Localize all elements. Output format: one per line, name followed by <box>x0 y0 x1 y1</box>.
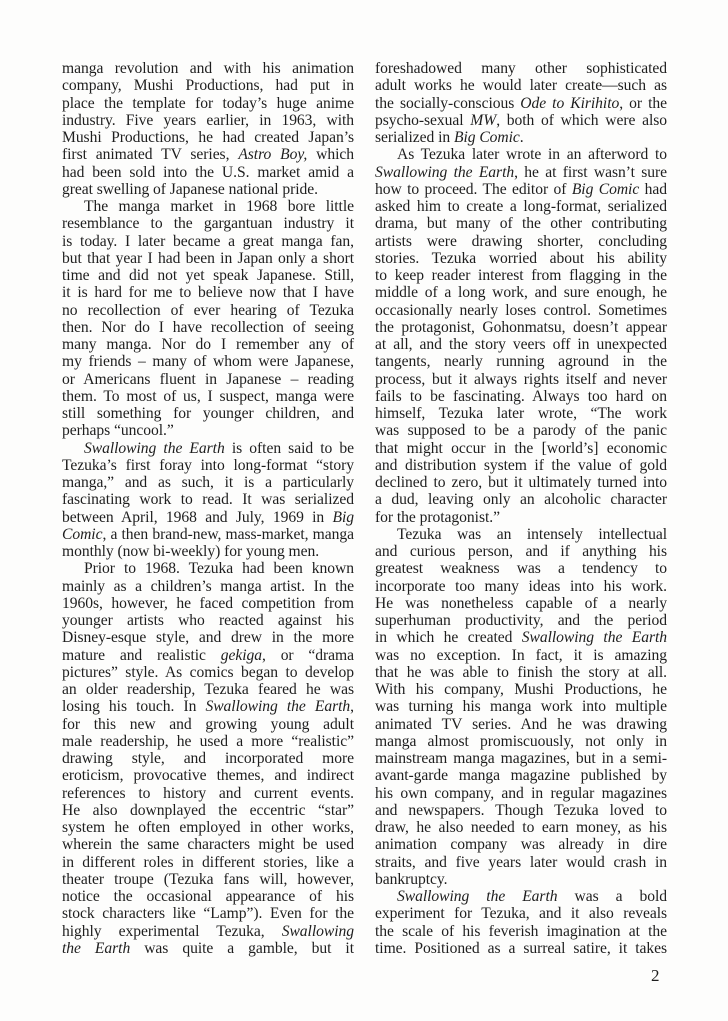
text-line: animated TV series. And he was drawing <box>375 716 667 733</box>
text-line-content: that might occur in the [world’s] econom… <box>375 440 667 457</box>
text-line: With his company, Mushi Productions, he <box>375 681 667 698</box>
text-line-content: animated TV series. And he was drawing <box>375 716 667 733</box>
text-line: was no exception. In fact, it is amazing <box>375 647 667 664</box>
text-line-content: Swallowing the Earth was a bold <box>397 888 667 905</box>
text-line-content: stock characters like “Lamp”). Even for … <box>62 905 354 922</box>
text-line: monthly (now bi-weekly) for young men. <box>62 543 354 560</box>
text-line: a dud, leaving only an alcoholic charact… <box>375 491 667 508</box>
text-line-content: tangents, nearly running aground in the <box>375 353 667 370</box>
text-line-content: Tezuka was an intensely intellectual <box>397 526 667 543</box>
text-line-content: mature and realistic gekiga, or “drama <box>62 647 354 664</box>
text-segment: highly experimental Tezuka, <box>62 923 282 940</box>
text-line-content: manga revolution and with his animation <box>62 60 354 77</box>
text-line-content: the scale of his feverish imagination at… <box>375 923 667 940</box>
text-segment: in which he created <box>375 629 522 646</box>
text-line-content: in which he created Swallowing the Earth <box>375 629 667 646</box>
text-line-content: but that year I had been in Japan only a… <box>62 250 354 267</box>
text-line-content: monthly (now bi-weekly) for young men. <box>62 543 354 560</box>
text-line-content: between April, 1968 and July, 1969 in Bi… <box>62 509 354 526</box>
text-segment: serialized in <box>375 129 454 146</box>
italic-title: Astro Boy, <box>238 146 307 163</box>
text-line-content: many manga. Nor do I remember any of <box>62 336 354 353</box>
text-line: The manga market in 1968 bore little <box>62 198 354 215</box>
text-line: Comic, a then brand-new, mass-market, ma… <box>62 526 354 543</box>
text-line: them. To most of us, I suspect, manga we… <box>62 388 354 405</box>
text-line: the socially-conscious Ode to Kirihito, … <box>375 95 667 112</box>
text-line-content: still something for younger children, an… <box>62 405 354 422</box>
text-line: an older readership, Tezuka feared he wa… <box>62 681 354 698</box>
text-line: great swelling of Japanese national prid… <box>62 181 354 198</box>
text-line: straits, and five years later would cras… <box>375 854 667 871</box>
text-line: then. Nor do I have recollection of seei… <box>62 319 354 336</box>
text-line-content: middle of a long work, and sure enough, … <box>375 284 667 301</box>
text-line-content: was supposed to be a parody of the panic <box>375 422 667 439</box>
text-line-content: the protagonist, Gohonmatsu, doesn’t app… <box>375 319 667 336</box>
text-line: eroticism, provocative themes, and indir… <box>62 767 354 784</box>
text-line: fascinating work to read. It was seriali… <box>62 491 354 508</box>
text-line-content: industry. Five years earlier, in 1963, w… <box>62 112 354 129</box>
text-line-content: With his company, Mushi Productions, he <box>375 681 667 698</box>
text-line-content: a dud, leaving only an alcoholic charact… <box>375 491 667 508</box>
text-line: stories. Tezuka worried about his abilit… <box>375 250 667 267</box>
text-line-content: Disney-esque style, and drew in the more <box>62 629 354 646</box>
text-line: adult works he would later create—such a… <box>375 77 667 94</box>
text-line-content: or Americans fluent in Japanese – readin… <box>62 371 354 388</box>
text-line: mainly as a children’s manga artist. In … <box>62 578 354 595</box>
text-line: theater troupe (Tezuka fans will, howeve… <box>62 871 354 888</box>
text-line-content: to keep reader interest from flagging in… <box>375 267 667 284</box>
text-line: was supposed to be a parody of the panic <box>375 422 667 439</box>
text-line: As Tezuka later wrote in an afterword to <box>375 146 667 163</box>
italic-title: Swallowing the Earth <box>397 888 557 905</box>
text-line: and curious person, and if anything his <box>375 543 667 560</box>
text-line: system he often employed in other works, <box>62 819 354 836</box>
italic-title: Swallowing the Earth <box>84 440 225 457</box>
text-line: avant-garde manga magazine published by <box>375 767 667 784</box>
text-segment: was a bold <box>557 888 667 905</box>
text-line: drawing style, and incorporated more <box>62 750 354 767</box>
text-line: Tezuka was an intensely intellectual <box>375 526 667 543</box>
text-line-content: Swallowing the Earth is often said to be <box>84 440 354 457</box>
text-line: how to proceed. The editor of Big Comic … <box>375 181 667 198</box>
text-line: the Earth was quite a gamble, but it <box>62 940 354 957</box>
text-line-content: company, Mushi Productions, had put in <box>62 77 354 94</box>
text-line: mainstream manga magazines, but in a sem… <box>375 750 667 767</box>
text-line-content: then. Nor do I have recollection of seei… <box>62 319 354 336</box>
text-line: fails to be fascinating. Always too hard… <box>375 388 667 405</box>
text-line: psycho-sexual MW, both of which were als… <box>375 112 667 129</box>
text-line: declined to zero, but it ultimately turn… <box>375 474 667 491</box>
text-line-content: Comic, a then brand-new, mass-market, ma… <box>62 526 354 543</box>
text-line: at all, and the story veers off in unexp… <box>375 336 667 353</box>
text-line: or Americans fluent in Japanese – readin… <box>62 371 354 388</box>
text-line-content: incorporate too many ideas into his work… <box>375 578 667 595</box>
text-line: was turning his manga work into multiple <box>375 698 667 715</box>
text-column-left: manga revolution and with his animationc… <box>62 60 354 957</box>
text-segment: which <box>307 146 354 163</box>
text-line: the protagonist, Gohonmatsu, doesn’t app… <box>375 319 667 336</box>
text-segment: . <box>520 129 524 146</box>
text-line: time. Positioned as a surreal satire, it… <box>375 940 667 957</box>
text-line: in different roles in different stories,… <box>62 854 354 871</box>
text-line-content: them. To most of us, I suspect, manga we… <box>62 388 354 405</box>
text-line: drama, but many of the other contributin… <box>375 215 667 232</box>
text-segment: how to proceed. The editor of <box>375 181 572 198</box>
text-line-content: draw, he also needed to earn money, as h… <box>375 819 667 836</box>
text-line-content: He was nonetheless capable of a nearly <box>375 595 667 612</box>
text-line-content: how to proceed. The editor of Big Comic … <box>375 181 667 198</box>
text-line-content: foreshadowed many other sophisticated <box>375 60 667 77</box>
text-line: asked him to create a long-format, seria… <box>375 198 667 215</box>
text-line-content: resemblance to the gargantuan industry i… <box>62 215 354 232</box>
text-line: animation company was already in dire <box>375 836 667 853</box>
text-line-content: first animated TV series, Astro Boy, whi… <box>62 146 354 163</box>
text-line-content: was no exception. In fact, it is amazing <box>375 647 667 664</box>
text-line-content: himself, Tezuka later wrote, “The work <box>375 405 667 422</box>
italic-title: Comic <box>62 526 102 543</box>
text-line-content: and curious person, and if anything his <box>375 543 667 560</box>
text-line-content: adult works he would later create—such a… <box>375 77 667 94</box>
text-line: losing his touch. In Swallowing the Eart… <box>62 698 354 715</box>
text-segment: had <box>639 181 667 198</box>
text-line-content: Prior to 1968. Tezuka had been known <box>84 560 354 577</box>
text-line: male readership, he used a more “realist… <box>62 733 354 750</box>
text-line: Swallowing the Earth was a bold <box>375 888 667 905</box>
text-line-content: and newspapers. Though Tezuka loved to <box>375 802 667 819</box>
text-segment: mature and realistic <box>62 647 221 664</box>
text-line-content: animation company was already in dire <box>375 836 667 853</box>
text-line: serialized in Big Comic. <box>375 129 667 146</box>
text-line: foreshadowed many other sophisticated <box>375 60 667 77</box>
text-line-content: losing his touch. In Swallowing the Eart… <box>62 698 354 715</box>
text-line: that might occur in the [world’s] econom… <box>375 440 667 457</box>
text-line-content: artists were drawing shorter, concluding <box>375 233 667 250</box>
text-line: company, Mushi Productions, had put in <box>62 77 354 94</box>
text-line: greatest weakness was a tendency to <box>375 560 667 577</box>
text-segment: , a then brand-new, mass-market, manga <box>102 526 354 543</box>
text-column-right: foreshadowed many other sophisticatedadu… <box>375 60 667 957</box>
text-segment: first animated TV series, <box>62 146 238 163</box>
text-line: had been sold into the U.S. market amid … <box>62 164 354 181</box>
text-line-content: my friends – many of whom were Japanese, <box>62 353 354 370</box>
text-line: the scale of his feverish imagination at… <box>375 923 667 940</box>
text-segment: is often said to be <box>225 440 354 457</box>
text-line-content: 1960s, however, he faced competition fro… <box>62 595 354 612</box>
text-line-content: for this new and growing young adult <box>62 716 354 733</box>
text-line: wherein the same characters might be use… <box>62 836 354 853</box>
text-segment: , both of which were also <box>496 112 667 129</box>
text-line: manga almost promiscuously, not only in <box>375 733 667 750</box>
text-line-content: declined to zero, but it ultimately turn… <box>375 474 667 491</box>
italic-title: Swallowing the Earth <box>205 698 350 715</box>
text-line: artists were drawing shorter, concluding <box>375 233 667 250</box>
text-line: draw, he also needed to earn money, as h… <box>375 819 667 836</box>
text-line-content: references to history and current events… <box>62 785 354 802</box>
text-line: for this new and growing young adult <box>62 716 354 733</box>
text-line-content: highly experimental Tezuka, Swallowing <box>62 923 354 940</box>
text-line-content: occasionally nearly loses control. Somet… <box>375 302 667 319</box>
text-line: perhaps “uncool.” <box>62 422 354 439</box>
text-line-content: in different roles in different stories,… <box>62 854 354 871</box>
text-line-content: psycho-sexual MW, both of which were als… <box>375 112 667 129</box>
text-line: superhuman productivity, and the period <box>375 612 667 629</box>
text-line: is today. I later became a great manga f… <box>62 233 354 250</box>
text-line: manga,” and as such, it is a particularl… <box>62 474 354 491</box>
text-line: his own company, and in regular magazine… <box>375 785 667 802</box>
text-line-content: The manga market in 1968 bore little <box>84 198 354 215</box>
text-line-content: As Tezuka later wrote in an afterword to <box>397 146 667 163</box>
text-line: He also downplayed the eccentric “star” <box>62 802 354 819</box>
text-line-content: Swallowing the Earth, he at first wasn’t… <box>375 164 667 181</box>
text-line: but that year I had been in Japan only a… <box>62 250 354 267</box>
text-line-content: straits, and five years later would cras… <box>375 854 667 871</box>
text-line: Tezuka’s first foray into long-format “s… <box>62 457 354 474</box>
text-line: 1960s, however, he faced competition fro… <box>62 595 354 612</box>
text-line-content: the socially-conscious Ode to Kirihito, … <box>375 95 667 112</box>
text-segment: , <box>350 698 354 715</box>
italic-title: Big Comic <box>572 181 639 198</box>
italic-title: Swallowing the Earth <box>522 629 667 646</box>
text-line: incorporate too many ideas into his work… <box>375 578 667 595</box>
text-line-content: that he was able to finish the story at … <box>375 664 667 681</box>
text-segment: the socially-conscious <box>375 95 520 112</box>
text-line-content: drama, but many of the other contributin… <box>375 215 667 232</box>
text-line-content: perhaps “uncool.” <box>62 422 354 439</box>
text-line: notice the occasional appearance of his <box>62 888 354 905</box>
text-line-content: was turning his manga work into multiple <box>375 698 667 715</box>
italic-title: Big <box>332 509 354 526</box>
text-line: He was nonetheless capable of a nearly <box>375 595 667 612</box>
text-segment: psycho-sexual <box>375 112 470 129</box>
text-line: himself, Tezuka later wrote, “The work <box>375 405 667 422</box>
text-line: place the template for today’s huge anim… <box>62 95 354 112</box>
text-line: my friends – many of whom were Japanese, <box>62 353 354 370</box>
text-line-content: theater troupe (Tezuka fans will, howeve… <box>62 871 354 888</box>
text-line-content: eroticism, provocative themes, and indir… <box>62 767 354 784</box>
text-line: tangents, nearly running aground in the <box>375 353 667 370</box>
text-line-content: at all, and the story veers off in unexp… <box>375 336 667 353</box>
text-line-content: fascinating work to read. It was seriali… <box>62 491 354 508</box>
text-line-content: manga almost promiscuously, not only in <box>375 733 667 750</box>
text-line-content: time and did not yet speak Japanese. Sti… <box>62 267 354 284</box>
text-line-content: He also downplayed the eccentric “star” <box>62 802 354 819</box>
text-line-content: no recollection of ever hearing of Tezuk… <box>62 302 354 319</box>
italic-title: Big Comic <box>454 129 520 146</box>
text-line: mature and realistic gekiga, or “drama <box>62 647 354 664</box>
text-line: highly experimental Tezuka, Swallowing <box>62 923 354 940</box>
text-segment: , he at first wasn’t sure <box>514 164 667 181</box>
text-line-content: pictures” style. As comics began to deve… <box>62 664 354 681</box>
text-line: middle of a long work, and sure enough, … <box>375 284 667 301</box>
text-line: in which he created Swallowing the Earth <box>375 629 667 646</box>
text-line-content: male readership, he used a more “realist… <box>62 733 354 750</box>
text-line: manga revolution and with his animation <box>62 60 354 77</box>
text-line-content: younger artists who reacted against his <box>62 612 354 629</box>
text-segment: , or the <box>619 95 667 112</box>
text-line: no recollection of ever hearing of Tezuk… <box>62 302 354 319</box>
italic-title: MW <box>470 112 496 129</box>
text-line: Disney-esque style, and drew in the more <box>62 629 354 646</box>
text-line-content: greatest weakness was a tendency to <box>375 560 667 577</box>
italic-title: Swallowing <box>282 923 354 940</box>
italic-title: Ode to Kirihito <box>520 95 619 112</box>
text-line-content: avant-garde manga magazine published by <box>375 767 667 784</box>
italic-title: gekiga <box>221 647 262 664</box>
text-segment: , or “drama <box>262 647 354 664</box>
text-line: Mushi Productions, he had created Japan’… <box>62 129 354 146</box>
text-line-content: for the protagonist.” <box>375 509 667 526</box>
text-line: pictures” style. As comics began to deve… <box>62 664 354 681</box>
text-line-content: it is hard for me to believe now that I … <box>62 284 354 301</box>
text-line-content: the Earth was quite a gamble, but it <box>62 940 354 957</box>
text-line: to keep reader interest from flagging in… <box>375 267 667 284</box>
text-line-content: place the template for today’s huge anim… <box>62 95 354 112</box>
text-line: stock characters like “Lamp”). Even for … <box>62 905 354 922</box>
text-line-content: Tezuka’s first foray into long-format “s… <box>62 457 354 474</box>
italic-title: Swallowing the Earth <box>375 164 514 181</box>
italic-title: the Earth <box>62 940 130 957</box>
text-line: younger artists who reacted against his <box>62 612 354 629</box>
text-line: experiment for Tezuka, and it also revea… <box>375 905 667 922</box>
text-line: time and did not yet speak Japanese. Sti… <box>62 267 354 284</box>
text-line: Prior to 1968. Tezuka had been known <box>62 560 354 577</box>
text-line-content: system he often employed in other works, <box>62 819 354 836</box>
text-line: for the protagonist.” <box>375 509 667 526</box>
text-line: many manga. Nor do I remember any of <box>62 336 354 353</box>
text-line-content: process, but it always rights itself and… <box>375 371 667 388</box>
text-line: and newspapers. Though Tezuka loved to <box>375 802 667 819</box>
text-segment: was quite a gamble, but it <box>130 940 354 957</box>
text-line-content: his own company, and in regular magazine… <box>375 785 667 802</box>
text-segment: between April, 1968 and July, 1969 in <box>62 509 332 526</box>
text-line: references to history and current events… <box>62 785 354 802</box>
text-line: industry. Five years earlier, in 1963, w… <box>62 112 354 129</box>
text-line: between April, 1968 and July, 1969 in Bi… <box>62 509 354 526</box>
text-line-content: mainly as a children’s manga artist. In … <box>62 578 354 595</box>
text-line-content: bankruptcy. <box>375 871 667 888</box>
text-line: it is hard for me to believe now that I … <box>62 284 354 301</box>
text-line-content: great swelling of Japanese national prid… <box>62 181 354 198</box>
text-line: Swallowing the Earth is often said to be <box>62 440 354 457</box>
text-line-content: Mushi Productions, he had created Japan’… <box>62 129 354 146</box>
text-line: still something for younger children, an… <box>62 405 354 422</box>
text-line-content: is today. I later became a great manga f… <box>62 233 354 250</box>
text-line-content: an older readership, Tezuka feared he wa… <box>62 681 354 698</box>
text-line-content: drawing style, and incorporated more <box>62 750 354 767</box>
text-line: and distribution system if the value of … <box>375 457 667 474</box>
text-line-content: time. Positioned as a surreal satire, it… <box>375 940 667 957</box>
text-line-content: notice the occasional appearance of his <box>62 888 354 905</box>
text-line: process, but it always rights itself and… <box>375 371 667 388</box>
text-line-content: stories. Tezuka worried about his abilit… <box>375 250 667 267</box>
text-line-content: superhuman productivity, and the period <box>375 612 667 629</box>
text-line: resemblance to the gargantuan industry i… <box>62 215 354 232</box>
text-line-content: fails to be fascinating. Always too hard… <box>375 388 667 405</box>
text-line: occasionally nearly loses control. Somet… <box>375 302 667 319</box>
text-line-content: mainstream manga magazines, but in a sem… <box>375 750 667 767</box>
text-line: bankruptcy. <box>375 871 667 888</box>
page-number: 2 <box>651 966 660 986</box>
text-line-content: wherein the same characters might be use… <box>62 836 354 853</box>
text-line-content: experiment for Tezuka, and it also revea… <box>375 905 667 922</box>
text-line: that he was able to finish the story at … <box>375 664 667 681</box>
text-line-content: asked him to create a long-format, seria… <box>375 198 667 215</box>
text-line-content: manga,” and as such, it is a particularl… <box>62 474 354 491</box>
book-page: manga revolution and with his animationc… <box>0 0 728 1021</box>
text-line: first animated TV series, Astro Boy, whi… <box>62 146 354 163</box>
text-line: Swallowing the Earth, he at first wasn’t… <box>375 164 667 181</box>
text-line-content: serialized in Big Comic. <box>375 129 667 146</box>
text-line-content: had been sold into the U.S. market amid … <box>62 164 354 181</box>
text-line-content: and distribution system if the value of … <box>375 457 667 474</box>
text-segment: losing his touch. In <box>62 698 205 715</box>
